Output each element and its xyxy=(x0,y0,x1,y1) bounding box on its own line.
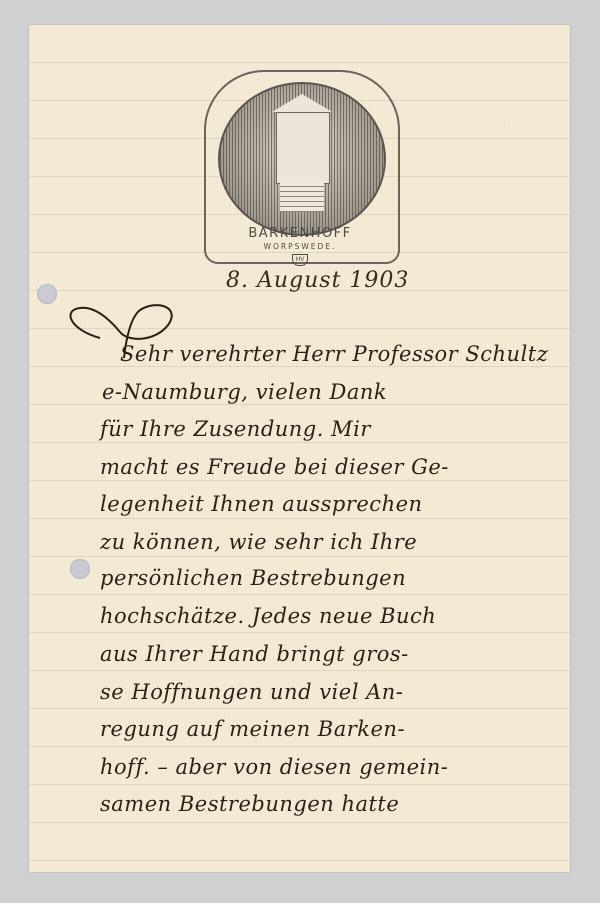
letter-line-12: hoff. – aber von diesen gemein- xyxy=(100,755,570,779)
house-roof xyxy=(272,94,332,112)
letter-line-3: für Ihre Zusendung. Mir xyxy=(100,417,570,441)
letter-line-10: se Hoffnungen und viel An- xyxy=(100,680,570,704)
punch-hole-bottom xyxy=(70,559,90,579)
letter-line-7: persönlichen Bestrebungen xyxy=(100,566,570,590)
letter-line-1: Sehr verehrter Herr Professor Schultz xyxy=(120,342,590,366)
letter-line-8: hochschätze. Jedes neue Buch xyxy=(100,604,570,628)
letter-line-9: aus Ihrer Hand bringt gros- xyxy=(100,642,570,666)
letter-line-4: macht es Freude bei dieser Ge- xyxy=(100,455,570,479)
letterhead-subtitle: WORPSWEDE. xyxy=(196,242,404,251)
letter-line-11: regung auf meinen Barken- xyxy=(100,717,570,741)
letterhead-title: BARKENHOFF xyxy=(196,226,404,241)
garden-stairs xyxy=(280,182,324,212)
letter-line-5: legenheit Ihnen aussprechen xyxy=(100,492,570,516)
letter-date: 8. August 1903 xyxy=(226,268,409,293)
letter-line-6: zu können, wie sehr ich Ihre xyxy=(100,530,570,554)
house-illustration xyxy=(218,82,386,236)
house-facade xyxy=(276,112,330,184)
monogram-icon: HV xyxy=(292,254,308,266)
letter-line-13: samen Bestrebungen hatte xyxy=(100,792,570,816)
punch-hole-top xyxy=(37,284,57,304)
letter-line-2: e-Naumburg, vielen Dank xyxy=(102,380,572,404)
letterhead: BARKENHOFF WORPSWEDE. HV xyxy=(196,62,404,272)
